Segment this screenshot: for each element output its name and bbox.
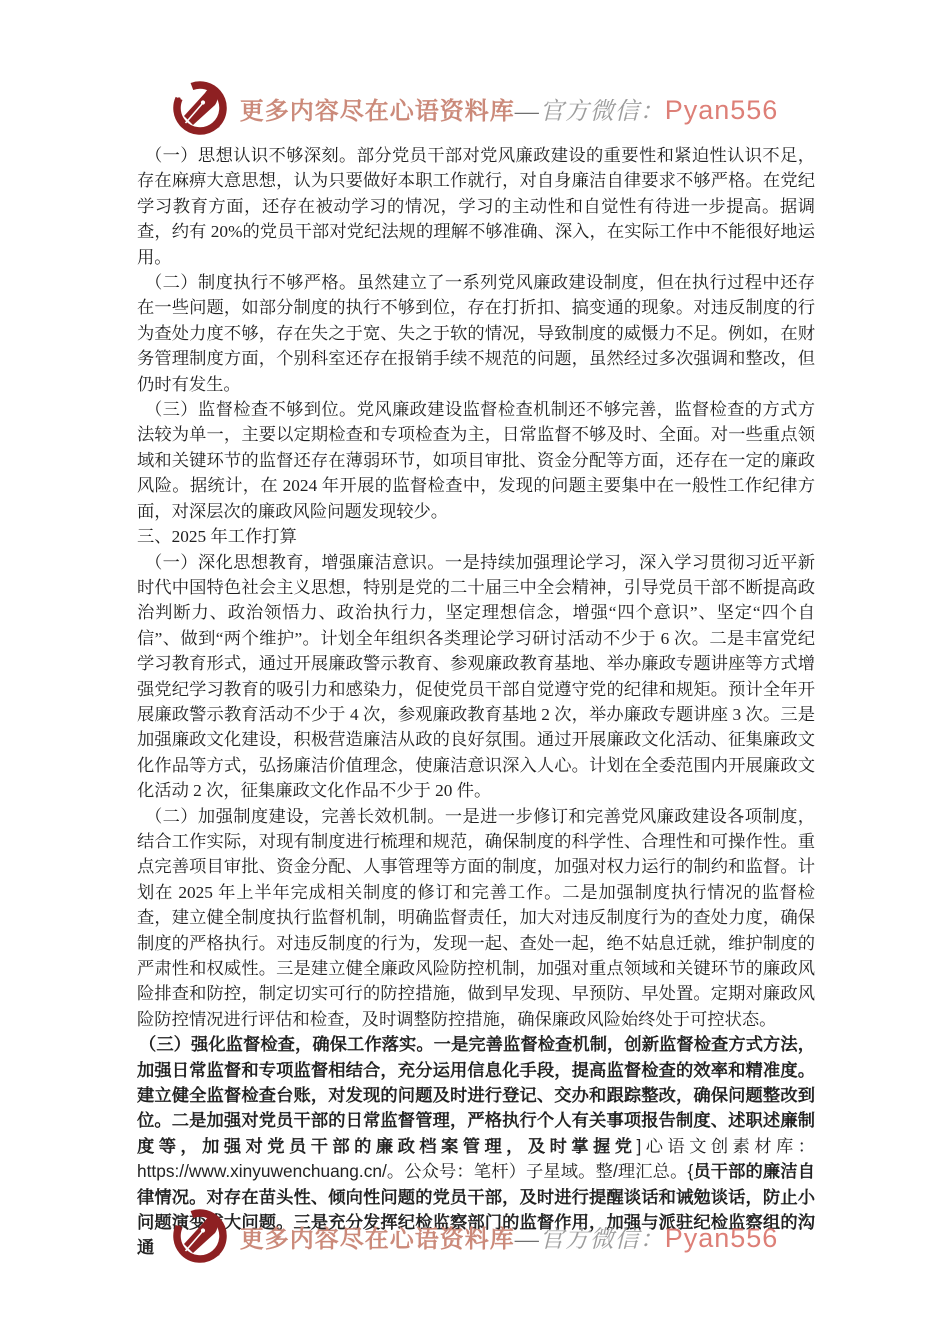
- paragraph-supervision-gaps: （三）监督检查不够到位。党风廉政建设监督检查机制还不够完善，监督检查的方式方法较…: [137, 397, 815, 524]
- pen-logo-icon: [172, 1208, 228, 1264]
- document-page: 更多内容尽在心语资料库—官方微信：Pyan556 （一）思想认识不够深刻。部分党…: [0, 0, 950, 1344]
- header-brand-text: 更多内容尽在心语资料库—官方微信：Pyan556: [240, 91, 779, 126]
- paragraph-system-enforcement: （二）制度执行不够严格。虽然建立了一系列党风廉政建设制度，但在执行过程中还存在一…: [137, 270, 815, 397]
- footer-brand: 更多内容尽在心语资料库—官方微信：Pyan556: [0, 1208, 950, 1264]
- footer-brand-text: 更多内容尽在心语资料库—官方微信：Pyan556: [240, 1219, 779, 1254]
- brand-wechat-id: Pyan556: [665, 95, 779, 125]
- section-heading-2025-plan: 三、2025 年工作打算: [137, 524, 815, 549]
- pen-logo-icon: [172, 80, 228, 136]
- brand-wechat-label: 官方微信：: [540, 1227, 665, 1253]
- brand-library-name: 更多内容尽在心语资料库: [240, 1227, 515, 1253]
- brand-wechat-id: Pyan556: [665, 1223, 779, 1253]
- paragraph-deepen-education: （一）深化思想教育，增强廉洁意识。一是持续加强理论学习，深入学习贯彻习近平新时代…: [137, 550, 815, 804]
- paragraph-system-building: （二）加强制度建设，完善长效机制。一是进一步修订和完善党风廉政建设各项制度，结合…: [137, 804, 815, 1033]
- paragraph-thought-awareness: （一）思想认识不够深刻。部分党员干部对党风廉政建设的重要性和紧迫性认识不足，存在…: [137, 143, 815, 270]
- brand-separator: —: [515, 99, 540, 125]
- header-brand: 更多内容尽在心语资料库—官方微信：Pyan556: [0, 80, 950, 136]
- brand-separator: —: [515, 1227, 540, 1253]
- brand-wechat-label: 官方微信：: [540, 99, 665, 125]
- brand-library-name: 更多内容尽在心语资料库: [240, 99, 515, 125]
- document-body: （一）思想认识不够深刻。部分党员干部对党风廉政建设的重要性和紧迫性认识不足，存在…: [137, 143, 815, 1261]
